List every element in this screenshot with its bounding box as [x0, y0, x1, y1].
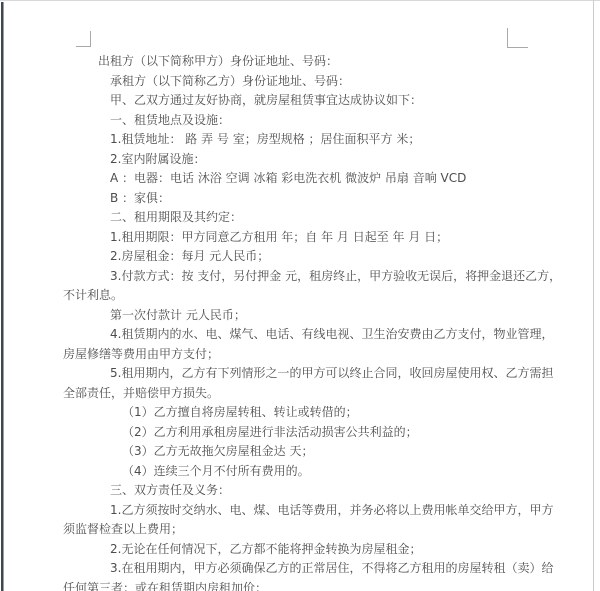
- document-line: 2.无论在任何情况下，乙方都不能将押金转换为房屋租金；: [63, 540, 593, 560]
- document-line: 任何第三者；或在租赁期内房租加价；: [63, 579, 593, 591]
- crop-mark-top-left-icon: [90, 31, 91, 47]
- document-line: 2.室内附属设施：: [63, 150, 593, 170]
- document-line: （2）乙方利用承租房屋进行非法活动损害公共利益的；: [63, 423, 593, 443]
- document-line: 甲、乙双方通过友好协商，就房屋租赁事宜达成协议如下：: [63, 91, 593, 111]
- document-line: A ：电器：电话 沐浴 空调 冰箱 彩电洗衣机 微波炉 吊扇 音响 VCD: [63, 169, 593, 189]
- document-line: 4.租赁期内的水、电、煤气、电话、有线电视、卫生治安费由乙方支付，物业管理，: [63, 325, 593, 345]
- document-line: 三、双方责任及义务：: [63, 481, 593, 501]
- document-line: 2.房屋租金：每月 元人民币；: [63, 247, 593, 267]
- document-line: 不计利息。: [63, 286, 593, 306]
- document-line: 须监督检查以上费用；: [63, 520, 593, 540]
- document-line: 房屋修缮等费用由甲方支付；: [63, 345, 593, 365]
- document-line: 第一次付款计 元人民币；: [63, 306, 593, 326]
- document-page: 出租方（以下简称甲方）身份证地址、号码：承租方（以下简称乙方）身份证地址、号码：…: [0, 0, 600, 591]
- crop-mark-top-right-icon: [507, 47, 528, 48]
- crop-mark-top-left-icon: [76, 46, 91, 47]
- document-line: 一、租赁地点及设施：: [63, 111, 593, 131]
- document-line: 5.租用期内，乙方有下列情形之一的甲方可以终止合同，收回房屋使用权、乙方需担: [63, 364, 593, 384]
- crop-mark-top-right-icon: [507, 28, 508, 48]
- document-text: 出租方（以下简称甲方）身份证地址、号码：承租方（以下简称乙方）身份证地址、号码：…: [63, 52, 593, 591]
- document-line: 出租方（以下简称甲方）身份证地址、号码：: [63, 52, 593, 72]
- document-line: 1.租用期限：甲方同意乙方租用 年；自 年 月 日起至 年 月 日；: [63, 228, 593, 248]
- document-line: 二、租用期限及其约定：: [63, 208, 593, 228]
- page-edge-left-shadow: [3, 2, 4, 591]
- document-line: 3.在租用期内，甲方必须确保乙方的正常居住，不得将乙方租用的房屋转租（卖）给: [63, 559, 593, 579]
- document-line: 3.付款方式：按 支付，另付押金 元，租房终止，甲方验收无误后，将押金退还乙方，: [63, 267, 593, 287]
- document-line: 全部责任，并赔偿甲方损失。: [63, 384, 593, 404]
- document-line: （4）连续三个月不付所有费用的。: [63, 462, 593, 482]
- document-line: （1）乙方擅自将房屋转租、转让或转借的；: [63, 403, 593, 423]
- document-line: 承租方（以下简称乙方）身份证地址、号码：: [63, 72, 593, 92]
- document-line: （3）乙方无故拖欠房屋租金达 天；: [63, 442, 593, 462]
- page-edge-top: [0, 0, 600, 1]
- document-line: 1.租赁地址： 路 弄 号 室；房型规格 ；居住面积平方 米；: [63, 130, 593, 150]
- document-line: 1.乙方须按时交纳水、电、煤、电话等费用，并务必将以上费用帐单交给甲方，甲方: [63, 501, 593, 521]
- page-edge-right: [593, 0, 594, 591]
- document-line: B ：家俱：: [63, 189, 593, 209]
